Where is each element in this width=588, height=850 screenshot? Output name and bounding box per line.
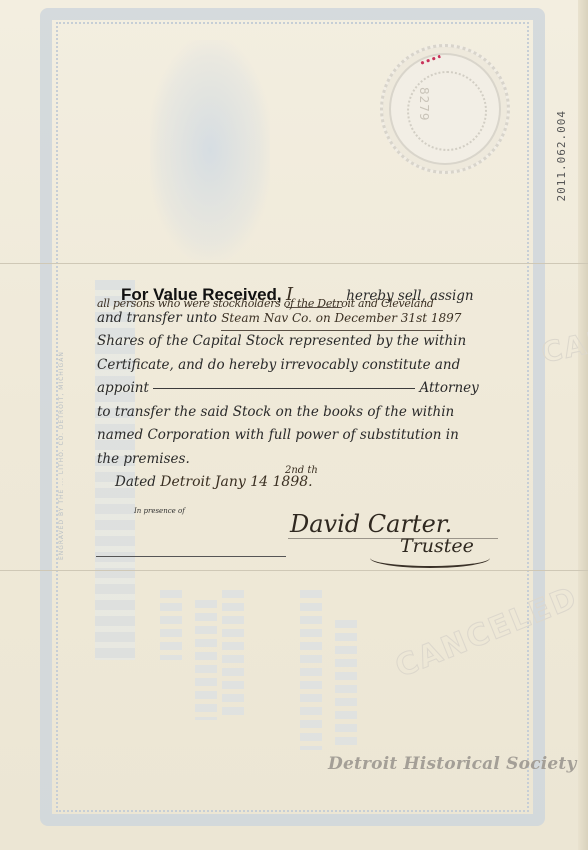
fold-line: [0, 263, 588, 264]
transfer-line: and transfer unto Steam Nav Co. on Decem…: [97, 307, 502, 331]
heading-line: For Value Received, I hereby sell, assig…: [97, 283, 502, 307]
appoint-line: appoint Attorney: [97, 377, 502, 401]
printed-line: to transfer the said Stock on the books …: [97, 401, 502, 425]
ghost-text-column: [222, 590, 244, 720]
attorney-blank: [153, 388, 415, 389]
transfer-form-text: For Value Received, I hereby sell, assig…: [97, 283, 502, 495]
embossed-seal: 8279: [380, 44, 510, 174]
printed-line: Shares of the Capital Stock represented …: [97, 330, 502, 354]
printed-line: Certificate, and do hereby irrevocably c…: [97, 354, 502, 378]
presence-label: In presence of: [134, 507, 185, 515]
dated-label: Dated: [115, 474, 156, 490]
fold-line: [0, 570, 588, 571]
watermark: Detroit Historical Society: [328, 754, 577, 774]
printed-line: named Corporation with full power of sub…: [97, 424, 502, 448]
witness-signature-line: [96, 556, 286, 557]
seal-red-mark: [419, 53, 442, 66]
dated-line: Dated Detroit Jany 14 1898. 2nd th: [115, 471, 502, 495]
signature-flourish: [370, 548, 490, 568]
printer-imprint: ENGRAVED BY THE ... LITHO. CO. DETROIT, …: [58, 270, 70, 560]
ghost-text-column: [300, 590, 322, 750]
signature: David Carter.: [290, 510, 452, 538]
ghost-text-column: [160, 590, 182, 660]
paper-edge: [578, 0, 588, 850]
printed-text: and transfer unto: [97, 310, 217, 326]
vignette-ghost-image: [150, 40, 270, 260]
seal-number: 8279: [417, 87, 431, 122]
date-correction: 2nd th: [285, 459, 318, 483]
ghost-text-column: [195, 600, 217, 720]
handwritten-transferee: Steam Nav Co. on December 31st 1897: [221, 307, 443, 332]
printed-text: appoint: [97, 380, 149, 396]
dated-place: Detroit: [160, 474, 210, 490]
ghost-text-column: [335, 620, 357, 750]
printed-text: Attorney: [420, 380, 479, 396]
accession-number: 2011.062.004: [555, 110, 568, 201]
